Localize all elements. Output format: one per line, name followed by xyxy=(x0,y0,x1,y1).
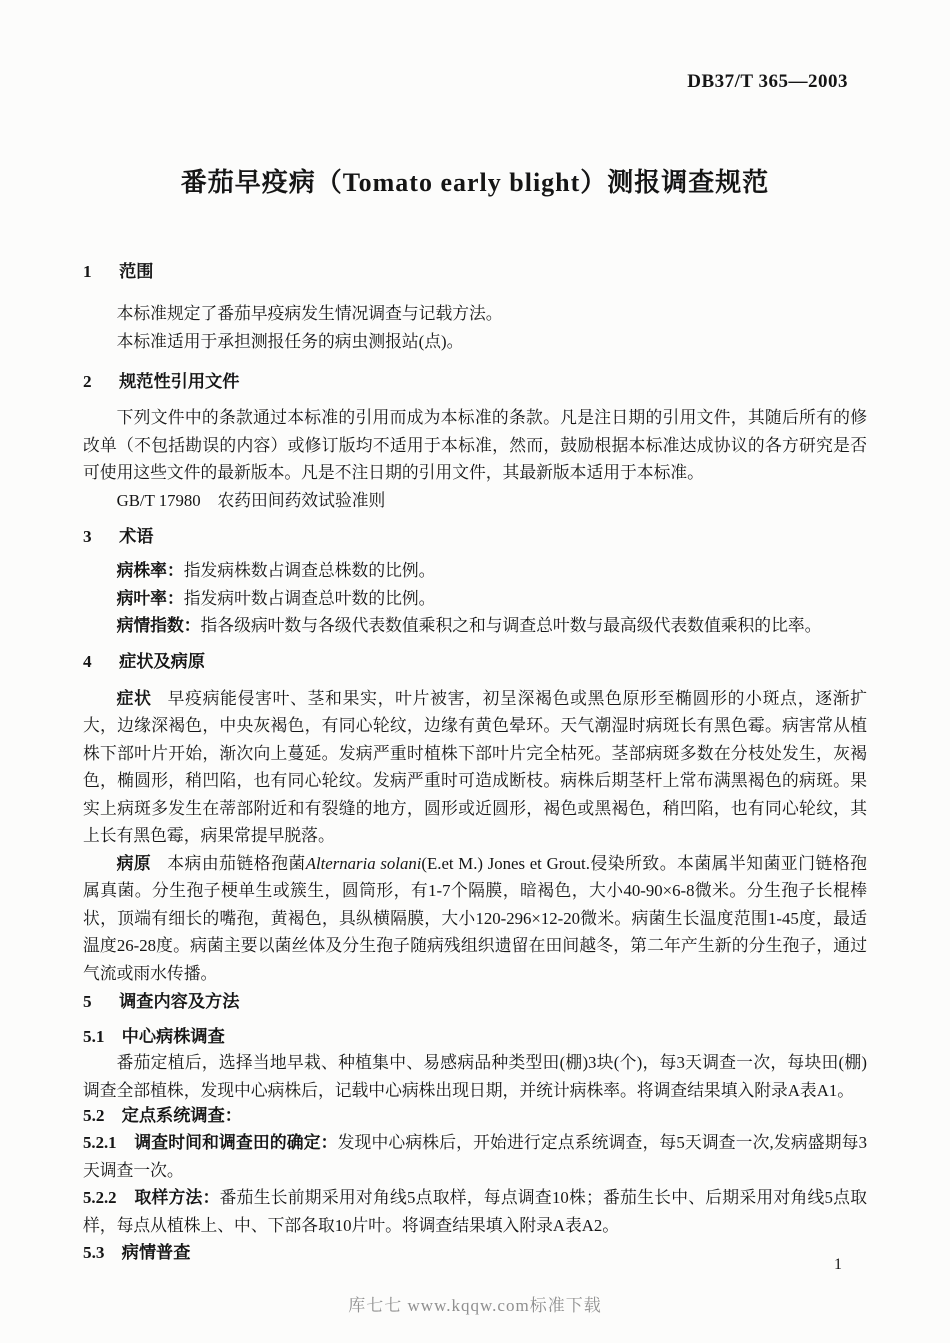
term-name: 病情指数： xyxy=(117,616,201,635)
section-5-1-number: 5.1 xyxy=(83,1027,104,1046)
section-1-number: 1 xyxy=(83,262,92,281)
reference-code: GB/T 17980 xyxy=(117,491,201,510)
section-5-title: 调查内容及方法 xyxy=(119,992,239,1011)
section-5-2-heading: 5.2定点系统调查： xyxy=(83,1104,867,1128)
section-2-title: 规范性引用文件 xyxy=(119,372,239,391)
pathogen-authority: (E.et M.) Jones et Grout. xyxy=(421,854,590,873)
clause-5-2-2-label: 取样方法： xyxy=(134,1188,219,1207)
scope-line-2: 本标准适用于承担测报任务的病虫测报站(点)。 xyxy=(83,328,867,356)
section-4-heading: 4症状及病原 xyxy=(83,650,867,674)
term-definition: 指各级病叶数与各级代表数值乘积之和与调查总叶数与最高级代表数值乘积的比率。 xyxy=(201,616,822,635)
scope-line-1: 本标准规定了番茄早疫病发生情况调查与记载方法。 xyxy=(83,300,867,328)
clause-5-2-1: 5.2.1调查时间和调查田的确定：发现中心病株后，开始进行定点系统调查，每5天调… xyxy=(83,1129,867,1184)
section-5-1-title: 中心病株调查 xyxy=(122,1027,225,1046)
term-diseased-plant-rate: 病株率：指发病株数占调查总株数的比例。 xyxy=(83,557,867,585)
section-3-title: 术语 xyxy=(119,527,153,546)
section-4-number: 4 xyxy=(83,652,92,671)
section-3-heading: 3术语 xyxy=(83,525,867,549)
section-2-heading: 2规范性引用文件 xyxy=(83,370,867,394)
section-1-heading: 1范围 xyxy=(83,260,867,284)
page-number: 1 xyxy=(834,1254,842,1276)
symptom-text: 早疫病能侵害叶、茎和果实，叶片被害，初呈深褐色或黑色原形至椭圆形的小斑点，逐渐扩… xyxy=(83,689,867,846)
term-diseased-leaf-rate: 病叶率：指发病叶数占调查总叶数的比例。 xyxy=(83,585,867,613)
section-5-heading: 5调查内容及方法 xyxy=(83,990,867,1014)
section-5-1-heading: 5.1中心病株调查 xyxy=(83,1025,867,1049)
term-name: 病株率： xyxy=(117,561,184,580)
clause-5-2-1-label: 调查时间和调查田的确定： xyxy=(134,1133,337,1152)
standard-code: DB37/T 365—2003 xyxy=(83,70,848,94)
term-disease-index: 病情指数：指各级病叶数与各级代表数值乘积之和与调查总叶数与最高级代表数值乘积的比… xyxy=(83,612,867,640)
section-5-number: 5 xyxy=(83,992,92,1011)
pathogen-latin-name: Alternaria solani xyxy=(306,854,422,873)
clause-5-2-2-number: 5.2.2 xyxy=(83,1188,117,1207)
section-5-3-heading: 5.3病情普查 xyxy=(83,1241,867,1265)
pathogen-text-before-latin: 本病由茄链格孢菌 xyxy=(167,854,306,873)
watermark-text: 库七七 www.kqqw.com标准下载 xyxy=(0,1294,950,1318)
symptom-label: 症状 xyxy=(117,689,152,708)
section-5-3-title: 病情普查 xyxy=(122,1243,191,1262)
reference-entry: GB/T 17980农药田间药效试验准则 xyxy=(83,487,867,515)
term-definition: 指发病叶数占调查总叶数的比例。 xyxy=(184,589,436,608)
central-diseased-plant-survey-paragraph: 番茄定植后，选择当地早栽、种植集中、易感病品种类型田(棚)3块(个)，每3天调查… xyxy=(83,1049,867,1104)
term-definition: 指发病株数占调查总株数的比例。 xyxy=(184,561,436,580)
document-page: DB37/T 365—2003 番茄早疫病（Tomato early bligh… xyxy=(0,0,950,1343)
section-2-number: 2 xyxy=(83,372,92,391)
symptom-paragraph: 症状早疫病能侵害叶、茎和果实，叶片被害，初呈深褐色或黑色原形至椭圆形的小斑点，逐… xyxy=(83,685,867,850)
section-5-2-number: 5.2 xyxy=(83,1106,104,1125)
clause-5-2-1-number: 5.2.1 xyxy=(83,1133,117,1152)
normative-references-paragraph: 下列文件中的条款通过本标准的引用而成为本标准的条款。凡是注日期的引用文件，其随后… xyxy=(83,404,867,487)
clause-5-2-2: 5.2.2取样方法：番茄生长前期采用对角线5点取样，每点调查10株；番茄生长中、… xyxy=(83,1184,867,1239)
pathogen-label: 病原 xyxy=(117,854,152,873)
section-1-title: 范围 xyxy=(119,262,153,281)
section-3-number: 3 xyxy=(83,527,92,546)
pathogen-paragraph: 病原本病由茄链格孢菌Alternaria solani(E.et M.) Jon… xyxy=(83,850,867,988)
section-4-title: 症状及病原 xyxy=(119,652,205,671)
section-5-3-number: 5.3 xyxy=(83,1243,104,1262)
reference-title: 农药田间药效试验准则 xyxy=(217,491,385,510)
term-name: 病叶率： xyxy=(117,589,184,608)
section-5-2-title: 定点系统调查： xyxy=(122,1106,242,1125)
document-title: 番茄早疫病（Tomato early blight）测报调查规范 xyxy=(83,164,867,202)
